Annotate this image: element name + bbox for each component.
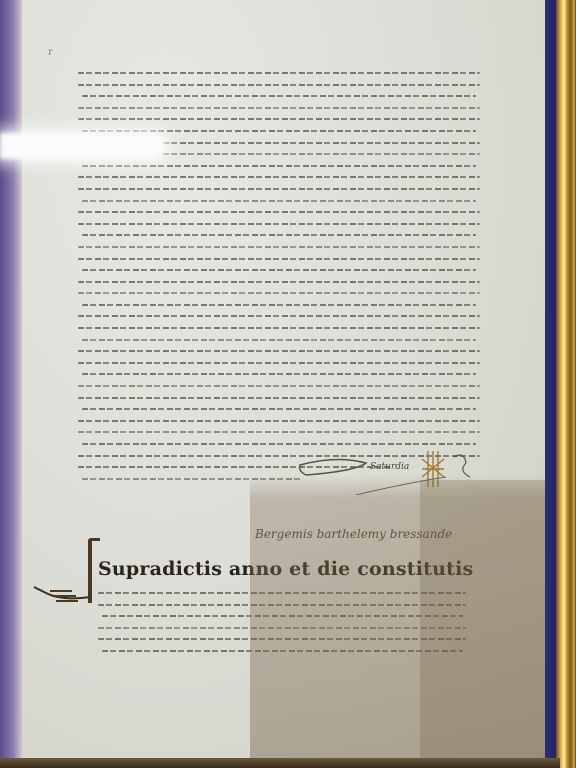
purple-mat-edge (0, 0, 22, 768)
frame-bottom-edge (0, 758, 560, 768)
frame-shadow-edge (420, 480, 550, 768)
gilt-frame (556, 0, 576, 768)
svg-text:Saturdia: Saturdia (370, 462, 409, 472)
glass-glare (0, 133, 165, 159)
pen-flourish-icon (32, 583, 92, 607)
framed-manuscript-photo: r Saturdia Bergemis barthelemy bressande… (0, 0, 576, 768)
margin-mark: r (48, 47, 53, 58)
